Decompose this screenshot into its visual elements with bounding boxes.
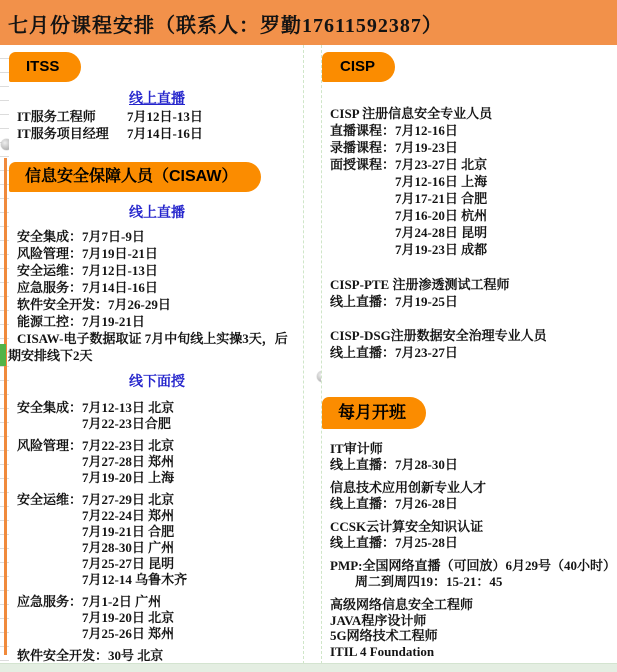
course-line: 安全集成：7月7日-9日 (17, 228, 299, 245)
monthly-group: 高级网络信息安全工程师 JAVA程序设计师 5G网络技术工程师 ITIL 4 F… (330, 597, 613, 659)
course-line: 安全运维：7月12日-13日 (17, 262, 299, 279)
course-name: IT服务工程师 (17, 108, 127, 125)
date-line: 7月25-26日 郑州 (82, 626, 174, 642)
orange-divider-line (4, 158, 7, 655)
cisp-pte-title: CISP-PTE 注册渗透测试工程师 (330, 276, 613, 293)
course-line: 能源工控：7月19-21日 (17, 313, 299, 330)
course-note: CISAW-电子数据取证 7月中旬线上实操3天，后期安排线下2天 (8, 330, 299, 364)
course-row: IT服务工程师 7月12日-13日 (17, 108, 299, 125)
course-line: 应急服务：7月14日-16日 (17, 279, 299, 296)
date-line: 7月27-29日 北京 (82, 492, 187, 508)
itss-badge: ITSS (9, 52, 81, 82)
page-title: 七月份课程安排（联系人：罗勤17611592387） (0, 0, 617, 38)
course-row: IT服务项目经理 7月14日-16日 (17, 125, 299, 142)
header-bar: 七月份课程安排（联系人：罗勤17611592387） (0, 0, 617, 45)
schedule-group: 软件安全开发： 30号 北京 (17, 648, 299, 664)
date-line: 7月25-27日 昆明 (82, 556, 187, 572)
date-line: 7月12-13日 北京 (82, 400, 174, 416)
course-date: 7月12日-13日 (127, 108, 203, 125)
course-line: 直播课程：7月12-16日 (330, 122, 613, 139)
cisp-badge: CISP (322, 52, 395, 82)
monthly-badge: 每月开班 (322, 397, 426, 429)
group-label: 风险管理： (17, 438, 82, 486)
course-line: 线上直播：7月19-25日 (330, 293, 613, 310)
group-dates: 7月12-13日 北京 7月22-23日合肥 (82, 400, 174, 432)
date-line: 7月17-21日 合肥 (395, 190, 487, 207)
course-line: 线上直播：7月26-28日 (330, 496, 613, 512)
green-accent-block (0, 344, 6, 366)
cisaw-badge: 信息安全保障人员（CISAW） (9, 162, 261, 192)
right-column: CISP CISP 注册信息安全专业人员 直播课程：7月12-16日 录播课程：… (321, 45, 617, 664)
group-dates: 7月1-2日 广州 7月19-20日 北京 7月25-26日 郑州 (82, 594, 174, 642)
date-line: 7月22-24日 郑州 (82, 508, 187, 524)
course-line: ITIL 4 Foundation (330, 644, 613, 660)
course-line: 5G网络技术工程师 (330, 628, 613, 644)
group-dates: 7月23-27日 北京 7月12-16日 上海 7月17-21日 合肥 7月16… (395, 156, 487, 258)
date-line: 7月27-28日 郑州 (82, 454, 174, 470)
offline-teaching-heading: 线下面授 (17, 374, 297, 391)
monthly-group: CCSK云计算安全知识认证 线上直播：7月25-28日 (330, 519, 613, 550)
schedule-group: 应急服务： 7月1-2日 广州 7月19-20日 北京 7月25-26日 郑州 (17, 594, 299, 642)
monthly-group: IT审计师 线上直播：7月28-30日 (330, 441, 613, 472)
cisp-title: CISP 注册信息安全专业人员 (330, 105, 613, 122)
course-line: JAVA程序设计师 (330, 613, 613, 629)
schedule-group: 安全集成： 7月12-13日 北京 7月22-23日合肥 (17, 400, 299, 432)
date-line: 7月22-23日 北京 (82, 438, 174, 454)
date-line: 7月12-14 乌鲁木齐 (82, 572, 187, 588)
date-line: 7月19-20日 北京 (82, 610, 174, 626)
monthly-group: 信息技术应用创新专业人才 线上直播：7月26-28日 (330, 480, 613, 511)
online-live-heading: 线上直播 (17, 205, 297, 222)
course-line: 软件安全开发：7月26-29日 (17, 296, 299, 313)
course-line: 风险管理：7月19日-21日 (17, 245, 299, 262)
course-line: CCSK云计算安全知识认证 (330, 519, 613, 535)
date-line: 7月16-20日 杭州 (395, 207, 487, 224)
date-line: 7月24-28日 昆明 (395, 224, 487, 241)
group-dates: 30号 北京 (108, 648, 163, 664)
course-line: 周二到周四19：15-21：45 (330, 574, 613, 590)
schedule-group: 面授课程： 7月23-27日 北京 7月12-16日 上海 7月17-21日 合… (330, 156, 613, 258)
course-name: IT服务项目经理 (17, 125, 127, 142)
cisp-dsg-title: CISP-DSG注册数据安全治理专业人员 (330, 327, 613, 344)
date-line: 7月19-21日 合肥 (82, 524, 187, 540)
date-line: 7月23-27日 北京 (395, 156, 487, 173)
date-line: 7月22-23日合肥 (82, 416, 174, 432)
course-line: 信息技术应用创新专业人才 (330, 480, 613, 496)
course-line: 高级网络信息安全工程师 (330, 597, 613, 613)
course-line: PMP:全国网络直播（可回放）6月29号（40小时） (330, 558, 613, 574)
online-live-heading: 线上直播 (17, 91, 297, 108)
footer-strip (0, 663, 617, 672)
group-label: 软件安全开发： (17, 648, 108, 664)
group-label: 面授课程： (330, 156, 395, 258)
group-label: 应急服务： (17, 594, 82, 642)
date-line: 30号 北京 (108, 648, 163, 664)
group-dates: 7月22-23日 北京 7月27-28日 郑州 7月19-20日 上海 (82, 438, 174, 486)
schedule-group: 风险管理： 7月22-23日 北京 7月27-28日 郑州 7月19-20日 上… (17, 438, 299, 486)
group-label: 安全集成： (17, 400, 82, 432)
page: 七月份课程安排（联系人：罗勤17611592387） ITSS 线上直播 IT服… (0, 0, 617, 672)
course-line: 线上直播：7月25-28日 (330, 535, 613, 551)
monthly-group: PMP:全国网络直播（可回放）6月29号（40小时） 周二到周四19：15-21… (330, 558, 613, 589)
course-line: 线上直播：7月23-27日 (330, 344, 613, 361)
date-line: 7月19-23日 成都 (395, 241, 487, 258)
course-date: 7月14日-16日 (127, 125, 203, 142)
date-line: 7月1-2日 广州 (82, 594, 174, 610)
group-label: 安全运维： (17, 492, 82, 588)
group-dates: 7月27-29日 北京 7月22-24日 郑州 7月19-21日 合肥 7月28… (82, 492, 187, 588)
course-line: 线上直播：7月28-30日 (330, 457, 613, 473)
date-line: 7月28-30日 广州 (82, 540, 187, 556)
left-column: ITSS 线上直播 IT服务工程师 7月12日-13日 IT服务项目经理 7月1… (9, 45, 304, 664)
date-line: 7月12-16日 上海 (395, 173, 487, 190)
course-line: 录播课程：7月19-23日 (330, 139, 613, 156)
date-line: 7月19-20日 上海 (82, 470, 174, 486)
schedule-group: 安全运维： 7月27-29日 北京 7月22-24日 郑州 7月19-21日 合… (17, 492, 299, 588)
course-line: IT审计师 (330, 441, 613, 457)
